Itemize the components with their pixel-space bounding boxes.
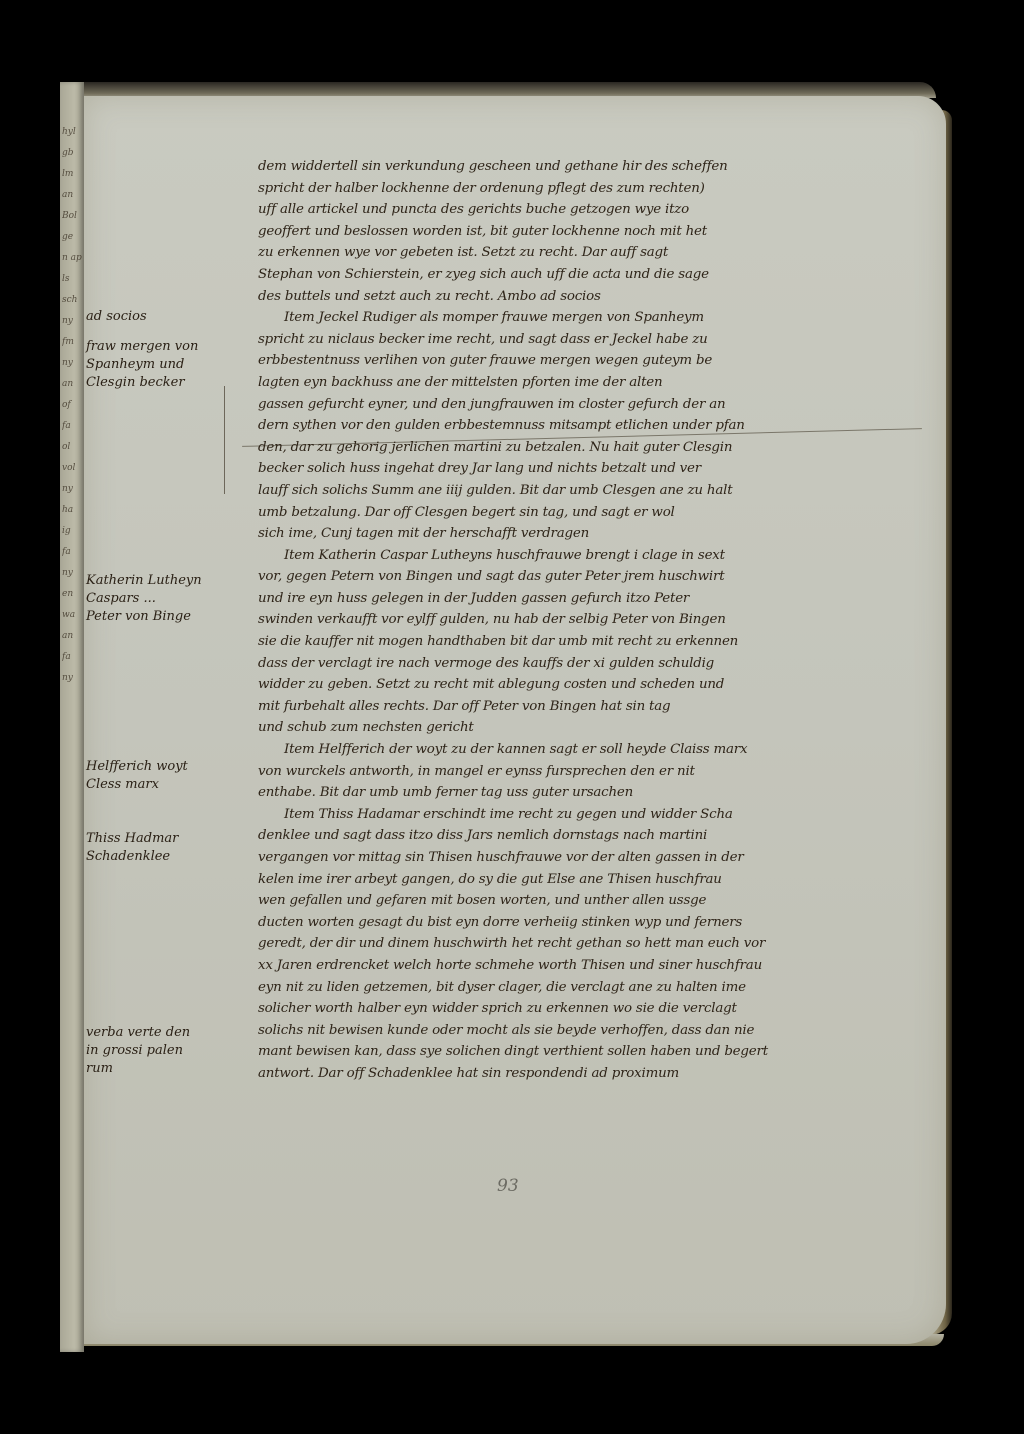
manuscript-line: vergangen vor mittag sin Thisen huschfra…: [258, 847, 938, 869]
manuscript-line: Item Jeckel Rudiger als momper frauwe me…: [258, 307, 938, 329]
manuscript-line: und ire eyn huss gelegen in der Judden g…: [258, 588, 938, 610]
previous-page-fragment: ny: [62, 563, 82, 584]
manuscript-line: widder zu geben. Setzt zu recht mit able…: [258, 674, 938, 696]
manuscript-line: kelen ime irer arbeyt gangen, do sy die …: [258, 869, 938, 891]
previous-page-fragment: vol: [62, 458, 82, 479]
previous-page-fragment: n ap: [62, 248, 82, 269]
manuscript-line: gassen gefurcht eyner, und den jungfrauw…: [258, 394, 938, 416]
manuscript-line: geoffert und beslossen worden ist, bit g…: [258, 221, 938, 243]
manuscript-line: den, dar zu gehorig jerlichen martini zu…: [258, 437, 938, 459]
manuscript-line: sich ime, Cunj tagen mit der herschafft …: [258, 523, 938, 545]
marginal-note-line: Cless marx: [86, 776, 246, 794]
manuscript-line: spricht der halber lockhenne der ordenun…: [258, 178, 938, 200]
manuscript-line: spricht zu niclaus becker ime recht, und…: [258, 329, 938, 351]
manuscript-line: sie die kauffer nit mogen handthaben bit…: [258, 631, 938, 653]
manuscript-line: lauff sich solichs Summ ane iiij gulden.…: [258, 480, 938, 502]
manuscript-line: solicher worth halber eyn widder sprich …: [258, 998, 938, 1020]
previous-page-edge: hylgblmanBolgen aplsschnyfmnyanoffaolvol…: [60, 82, 84, 1352]
marginal-note-ad-socios: ad socios: [86, 308, 246, 326]
marginal-note-line: ad socios: [86, 308, 246, 326]
previous-page-fragment: ge: [62, 227, 82, 248]
marginal-note-spanheym: fraw mergen von Spanheym und Clesgin bec…: [86, 338, 246, 392]
marginal-note-line: Clesgin becker: [86, 374, 246, 392]
manuscript-line: antwort. Dar off Schadenklee hat sin res…: [258, 1063, 938, 1085]
manuscript-line: mant bewisen kan, dass sye solichen ding…: [258, 1041, 938, 1063]
marginal-note-lutheyn: Katherin Lutheyn Caspars ... Peter von B…: [86, 572, 246, 626]
marginal-note-line: Schadenklee: [86, 848, 246, 866]
manuscript-line: Stephan von Schierstein, er zyeg sich au…: [258, 264, 938, 286]
previous-page-fragment: ha: [62, 500, 82, 521]
marginal-note-line: verba verte den: [86, 1024, 246, 1042]
manuscript-line: Item Thiss Hadamar erschindt ime recht z…: [258, 804, 938, 826]
manuscript-line: Item Helfferich der woyt zu der kannen s…: [258, 739, 938, 761]
previous-page-text-fragments: hylgblmanBolgen aplsschnyfmnyanoffaolvol…: [62, 122, 82, 1342]
previous-page-fragment: gb: [62, 143, 82, 164]
previous-page-fragment: fm: [62, 332, 82, 353]
previous-page-fragment: ny: [62, 353, 82, 374]
manuscript-line: dern sythen vor den gulden erbbestemnuss…: [258, 415, 938, 437]
manuscript-line: und schub zum nechsten gericht: [258, 717, 938, 739]
manuscript-line: erbbestentnuss verlihen von guter frauwe…: [258, 350, 938, 372]
manuscript-line: swinden verkaufft vor eylff gulden, nu h…: [258, 609, 938, 631]
marginal-note-line: rum: [86, 1060, 246, 1078]
manuscript-line: solichs nit bewisen kunde oder mocht als…: [258, 1020, 938, 1042]
previous-page-fragment: an: [62, 626, 82, 647]
manuscript-line: eyn nit zu liden getzemen, bit dyser cla…: [258, 977, 938, 999]
manuscript-line: dem widdertell sin verkundung gescheen u…: [258, 156, 938, 178]
manuscript-line: dass der verclagt ire nach vermoge des k…: [258, 653, 938, 675]
marginal-note-line: in grossi palen: [86, 1042, 246, 1060]
manuscript-line: umb betzalung. Dar off Clesgen begert si…: [258, 502, 938, 524]
previous-page-fragment: fa: [62, 542, 82, 563]
manuscript-line: enthabe. Bit dar umb umb ferner tag uss …: [258, 782, 938, 804]
marginal-note-line: fraw mergen von: [86, 338, 246, 356]
manuscript-line: becker solich huss ingehat drey Jar lang…: [258, 458, 938, 480]
marginal-note-line: Helfferich woyt: [86, 758, 246, 776]
previous-page-fragment: an: [62, 374, 82, 395]
previous-page-fragment: fa: [62, 416, 82, 437]
manuscript-line: des buttels und setzt auch zu recht. Amb…: [258, 286, 938, 308]
margin-bracket-line: [224, 386, 225, 494]
manuscript-line: vor, gegen Petern von Bingen und sagt da…: [258, 566, 938, 588]
marginal-note-helfferich: Helfferich woyt Cless marx: [86, 758, 246, 794]
previous-page-fragment: fa: [62, 647, 82, 668]
marginal-note-line: Thiss Hadmar: [86, 830, 246, 848]
manuscript-line: denklee und sagt dass itzo diss Jars nem…: [258, 825, 938, 847]
manuscript-line: geredt, der dir und dinem huschwirth het…: [258, 933, 938, 955]
previous-page-fragment: ny: [62, 311, 82, 332]
manuscript-line: zu erkennen wye vor gebeten ist. Setzt z…: [258, 242, 938, 264]
manuscript-line: wen gefallen und gefaren mit bosen worte…: [258, 890, 938, 912]
manuscript-line: ducten worten gesagt du bist eyn dorre v…: [258, 912, 938, 934]
manuscript-line: mit furbehalt alles rechts. Dar off Pete…: [258, 696, 938, 718]
manuscript-line: lagten eyn backhuss ane der mittelsten p…: [258, 372, 938, 394]
previous-page-fragment: ny: [62, 479, 82, 500]
marginal-note-line: Katherin Lutheyn: [86, 572, 246, 590]
previous-page-fragment: en: [62, 584, 82, 605]
marginal-note-line: Spanheym und: [86, 356, 246, 374]
previous-page-fragment: sch: [62, 290, 82, 311]
manuscript-line: von wurckels antworth, in mangel er eyns…: [258, 761, 938, 783]
previous-page-fragment: ny: [62, 668, 82, 689]
marginal-note-line: Peter von Binge: [86, 608, 246, 626]
marginal-note-hadmar: Thiss Hadmar Schadenklee: [86, 830, 246, 866]
previous-page-fragment: lm: [62, 164, 82, 185]
manuscript-line: Item Katherin Caspar Lutheyns huschfrauw…: [258, 545, 938, 567]
previous-page-fragment: ig: [62, 521, 82, 542]
manuscript-line: uff alle artickel und puncta des gericht…: [258, 199, 938, 221]
previous-page-fragment: ol: [62, 437, 82, 458]
marginal-note-line: Caspars ...: [86, 590, 246, 608]
previous-page-fragment: ls: [62, 269, 82, 290]
previous-page-fragment: Bol: [62, 206, 82, 227]
previous-page-fragment: hyl: [62, 122, 82, 143]
previous-page-fragment: of: [62, 395, 82, 416]
page-number: 93: [497, 1176, 519, 1196]
manuscript-line: xx Jaren erdrencket welch horte schmehe …: [258, 955, 938, 977]
previous-page-fragment: wa: [62, 605, 82, 626]
manuscript-body-text: dem widdertell sin verkundung gescheen u…: [258, 156, 938, 1085]
previous-page-fragment: an: [62, 185, 82, 206]
marginal-note-verba: verba verte den in grossi palen rum: [86, 1024, 246, 1078]
